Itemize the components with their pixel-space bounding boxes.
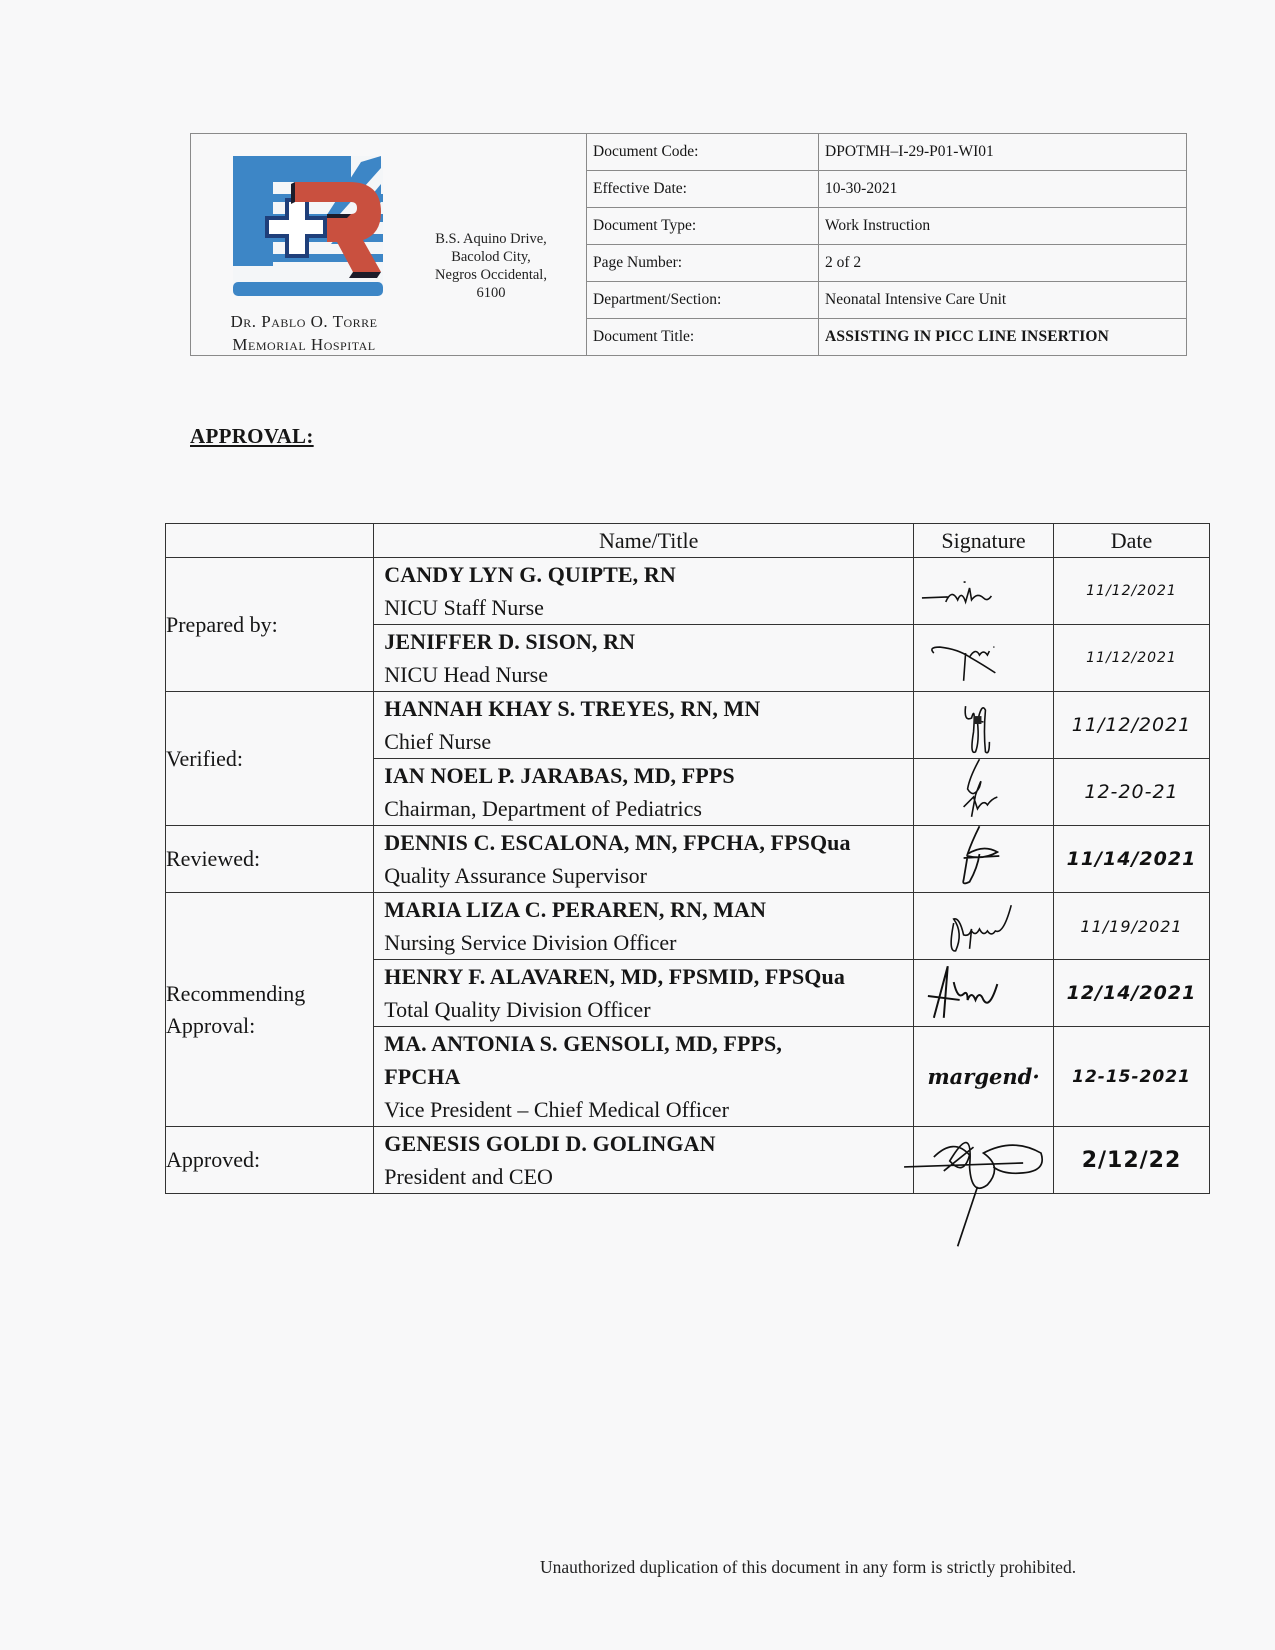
document-header-table: Dr. Pablo O. Torre Memorial Hospital B.S… [190,133,1187,356]
hospital-identity-cell: Dr. Pablo O. Torre Memorial Hospital B.S… [191,134,587,355]
field-label: Document Title: [587,319,819,355]
person-title: Vice President – Chief Medical Officer [384,1093,913,1126]
page-number: 2 of 2 [819,245,1186,281]
role-label-line2: Approval: [166,1010,373,1042]
document-metadata: Document Code: DPOTMH–I-29-P01-WI01 Effe… [587,134,1186,355]
signed-date: 11/12/2021 [1054,650,1209,666]
document-code: DPOTMH–I-29-P01-WI01 [819,134,1186,170]
field-label: Effective Date: [587,171,819,207]
role-recommending-approval: Recommending Approval: [166,893,374,1127]
column-header-name-title: Name/Title [374,524,914,558]
role-verified: Verified: [166,692,374,826]
document-page: Dr. Pablo O. Torre Memorial Hospital B.S… [0,0,1275,1650]
role-label-line1: Recommending [166,978,373,1010]
metadata-row-document-type: Document Type: Work Instruction [587,208,1186,245]
person-title: Quality Assurance Supervisor [384,859,913,892]
person-title: Nursing Service Division Officer [384,926,913,959]
signature-cell [914,558,1054,625]
signed-date: 12-20-21 [1054,781,1209,803]
signature-cell [914,692,1054,759]
signature-cell: margend· [914,1027,1054,1127]
table-row: Approved: GENESIS GOLDI D. GOLINGAN Pres… [166,1127,1210,1194]
table-row: Recommending Approval: MARIA LIZA C. PER… [166,893,1210,960]
person-title: NICU Staff Nurse [384,591,913,624]
signature-cell [914,960,1054,1027]
date-cell: 12-20-21 [1054,759,1210,826]
field-label: Document Type: [587,208,819,244]
role-approved: Approved: [166,1127,374,1194]
column-header-signature: Signature [914,524,1054,558]
table-row: Prepared by: CANDY LYN G. QUIPTE, RN NIC… [166,558,1210,625]
handwritten-signature-icon [914,692,1053,758]
person-name-continued: FPCHA [384,1060,913,1093]
person-cell: MARIA LIZA C. PERAREN, RN, MAN Nursing S… [374,893,914,960]
handwritten-signature-icon [914,960,1053,1026]
column-header-role [166,524,374,558]
department-section: Neonatal Intensive Care Unit [819,282,1186,318]
date-cell: 12/14/2021 [1054,960,1210,1027]
signature-cell [914,893,1054,960]
address-line: 6100 [416,284,566,302]
column-header-date: Date [1054,524,1210,558]
metadata-row-department: Department/Section: Neonatal Intensive C… [587,282,1186,319]
person-name: JENIFFER D. SISON, RN [384,625,913,658]
table-row: Reviewed: DENNIS C. ESCALONA, MN, FPCHA,… [166,826,1210,893]
approval-table: Name/Title Signature Date Prepared by: C… [165,523,1210,1194]
approval-section-title: APPROVAL: [190,424,314,449]
signature-cell [914,625,1054,692]
signed-date: 12-15-2021 [1054,1067,1209,1087]
person-name: MARIA LIZA C. PERAREN, RN, MAN [384,893,913,926]
person-name: HANNAH KHAY S. TREYES, RN, MN [384,692,913,725]
address-line: B.S. Aquino Drive, [416,230,566,248]
field-label: Department/Section: [587,282,819,318]
person-name: GENESIS GOLDI D. GOLINGAN [384,1127,913,1160]
person-cell: IAN NOEL P. JARABAS, MD, FPPS Chairman, … [374,759,914,826]
date-cell: 2/12/22 [1054,1127,1210,1194]
person-cell: JENIFFER D. SISON, RN NICU Head Nurse [374,625,914,692]
person-name: HENRY F. ALAVAREN, MD, FPSMID, FPSQua [384,960,913,993]
document-title: ASSISTING IN PICC LINE INSERTION [819,319,1186,355]
signed-date: 2/12/22 [1054,1148,1209,1173]
handwritten-signature-icon [914,826,1053,892]
date-cell: 11/12/2021 [1054,625,1210,692]
date-cell: 11/14/2021 [1054,826,1210,893]
person-name: CANDY LYN G. QUIPTE, RN [384,558,913,591]
person-name: IAN NOEL P. JARABAS, MD, FPPS [384,759,913,792]
role-reviewed: Reviewed: [166,826,374,893]
handwritten-signature-icon: margend· [914,1064,1053,1089]
hospital-name-line2: Memorial Hospital [199,333,409,356]
handwritten-signature-icon [914,893,1053,959]
hospital-address: B.S. Aquino Drive, Bacolod City, Negros … [416,230,566,302]
date-cell: 11/19/2021 [1054,893,1210,960]
signed-date: 12/14/2021 [1054,982,1209,1004]
field-label: Document Code: [587,134,819,170]
handwritten-signature-icon [914,625,1053,691]
signed-date: 11/12/2021 [1054,583,1209,599]
hospital-name: Dr. Pablo O. Torre Memorial Hospital [199,310,409,356]
metadata-row-effective-date: Effective Date: 10-30-2021 [587,171,1186,208]
hospital-cross-r-logo-icon [231,154,391,304]
date-cell: 11/12/2021 [1054,692,1210,759]
date-cell: 11/12/2021 [1054,558,1210,625]
signature-cell [914,1127,1054,1194]
signed-date: 11/19/2021 [1054,917,1209,936]
table-header-row: Name/Title Signature Date [166,524,1210,558]
table-row: Verified: HANNAH KHAY S. TREYES, RN, MN … [166,692,1210,759]
person-title: Chief Nurse [384,725,913,758]
person-name: MA. ANTONIA S. GENSOLI, MD, FPPS, [384,1027,913,1060]
signature-cell [914,826,1054,893]
person-cell: MA. ANTONIA S. GENSOLI, MD, FPPS, FPCHA … [374,1027,914,1127]
person-title: President and CEO [384,1160,913,1193]
metadata-row-document-title: Document Title: ASSISTING IN PICC LINE I… [587,319,1186,355]
field-label: Page Number: [587,245,819,281]
person-cell: HANNAH KHAY S. TREYES, RN, MN Chief Nurs… [374,692,914,759]
signed-date: 11/12/2021 [1054,714,1209,736]
role-prepared-by: Prepared by: [166,558,374,692]
person-name: DENNIS C. ESCALONA, MN, FPCHA, FPSQua [384,826,913,859]
duplication-notice: Unauthorized duplication of this documen… [540,1557,1076,1578]
person-title: Chairman, Department of Pediatrics [384,792,913,825]
signature-cell [914,759,1054,826]
person-title: Total Quality Division Officer [384,993,913,1026]
metadata-row-page-number: Page Number: 2 of 2 [587,245,1186,282]
person-cell: DENNIS C. ESCALONA, MN, FPCHA, FPSQua Qu… [374,826,914,893]
date-cell: 12-15-2021 [1054,1027,1210,1127]
handwritten-signature-icon [914,558,1053,624]
hospital-name-line1: Dr. Pablo O. Torre [199,310,409,333]
handwritten-signature-icon [914,1127,1053,1193]
handwritten-signature-icon [914,759,1053,825]
effective-date: 10-30-2021 [819,171,1186,207]
person-cell: CANDY LYN G. QUIPTE, RN NICU Staff Nurse [374,558,914,625]
signed-date: 11/14/2021 [1054,848,1209,870]
metadata-row-document-code: Document Code: DPOTMH–I-29-P01-WI01 [587,134,1186,171]
address-line: Bacolod City, [416,248,566,266]
document-type: Work Instruction [819,208,1186,244]
address-line: Negros Occidental, [416,266,566,284]
person-cell: HENRY F. ALAVAREN, MD, FPSMID, FPSQua To… [374,960,914,1027]
person-cell: GENESIS GOLDI D. GOLINGAN President and … [374,1127,914,1194]
person-title: NICU Head Nurse [384,658,913,691]
